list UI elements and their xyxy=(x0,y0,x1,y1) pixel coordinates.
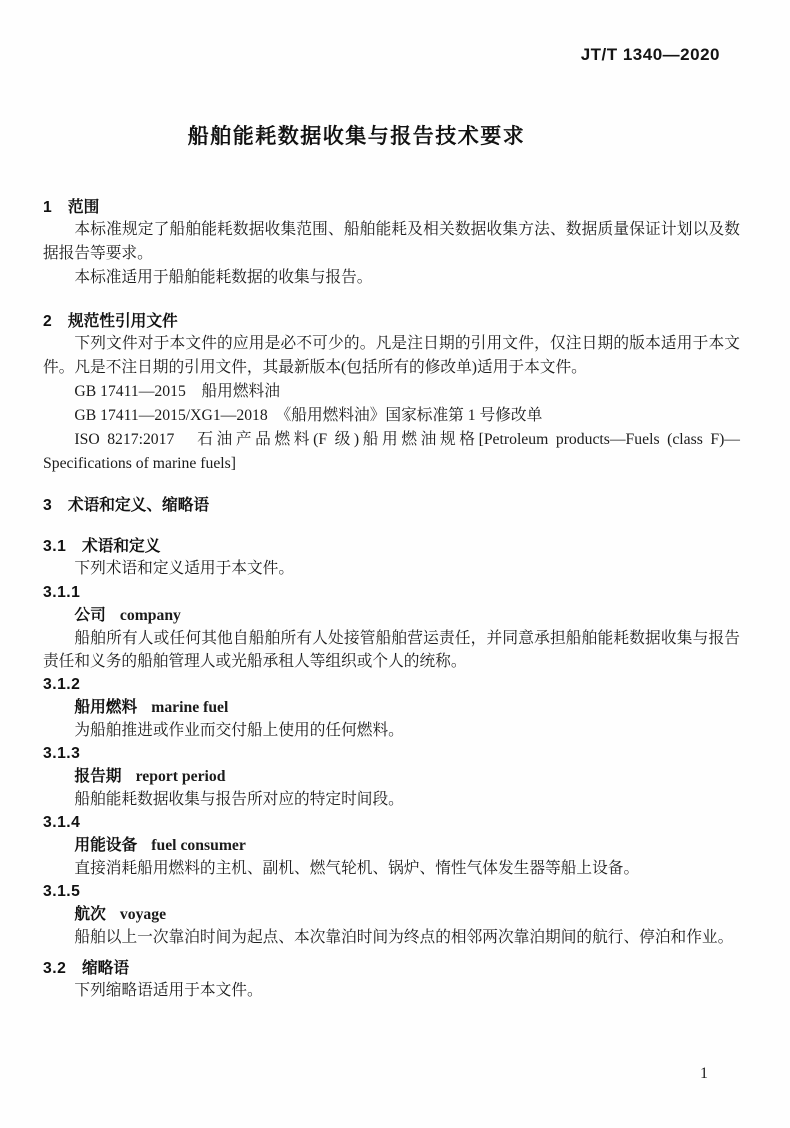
term-definition: 为船舶推进或作业而交付船上使用的任何燃料。 xyxy=(43,719,740,742)
section-3-heading: 3术语和定义、缩略语 xyxy=(43,496,740,516)
term-name-en: voyage xyxy=(120,906,166,923)
term-name-en: company xyxy=(120,607,181,624)
term-definition: 船舶所有人或任何其他自船舶所有人处接管船舶营运责任，并同意承担船舶能耗数据收集与… xyxy=(43,627,740,673)
term-name-cn: 报告期 xyxy=(74,768,121,785)
term-name-cn: 公司 xyxy=(74,607,105,624)
term-name-cn: 船用燃料 xyxy=(74,699,137,716)
section-2-number: 2 xyxy=(43,313,52,330)
term-3-1-1: 3.1.1 公司company 船舶所有人或任何其他自船舶所有人处接管船舶营运责… xyxy=(43,581,740,673)
section-3-title: 术语和定义、缩略语 xyxy=(68,497,209,514)
section-1-number: 1 xyxy=(43,199,52,216)
term-definition: 船舶能耗数据收集与报告所对应的特定时间段。 xyxy=(43,788,740,811)
term-definition: 船舶以上一次靠泊时间为起点、本次靠泊时间为终点的相邻两次靠泊期间的航行、停泊和作… xyxy=(43,926,740,949)
section-3-2-heading: 3.2缩略语 xyxy=(43,959,740,979)
section-1-heading: 1范围 xyxy=(43,198,740,218)
term-number: 3.1.1 xyxy=(43,581,740,604)
standard-document-page: JT/T 1340—2020 船舶能耗数据收集与报告技术要求 1范围 本标准规定… xyxy=(0,0,790,1128)
term-name-cn: 航次 xyxy=(74,906,105,923)
section-3-2-number: 3.2 xyxy=(43,960,66,977)
section-1-paragraph-2: 本标准适用于船舶能耗数据的收集与报告。 xyxy=(43,266,740,290)
term-name-en: marine fuel xyxy=(151,699,228,716)
term-name: 航次voyage xyxy=(43,903,740,926)
term-name: 用能设备fuel consumer xyxy=(43,834,740,857)
term-number: 3.1.4 xyxy=(43,811,740,834)
term-3-1-4: 3.1.4 用能设备fuel consumer 直接消耗船用燃料的主机、副机、燃… xyxy=(43,811,740,880)
document-title: 船舶能耗数据收集与报告技术要求 xyxy=(8,121,705,153)
section-3-1-intro: 下列术语和定义适用于本文件。 xyxy=(43,557,740,581)
term-name: 船用燃料marine fuel xyxy=(43,696,740,719)
term-3-1-3: 3.1.3 报告期report period 船舶能耗数据收集与报告所对应的特定… xyxy=(43,742,740,811)
section-3-1-title: 术语和定义 xyxy=(82,538,160,555)
section-1-paragraph-1: 本标准规定了船舶能耗数据收集范围、船舶能耗及相关数据收集方法、数据质量保证计划以… xyxy=(43,218,740,266)
section-3-2-title: 缩略语 xyxy=(82,960,129,977)
section-3-1-number: 3.1 xyxy=(43,538,66,555)
term-number: 3.1.3 xyxy=(43,742,740,765)
section-2-title: 规范性引用文件 xyxy=(68,313,178,330)
section-3-number: 3 xyxy=(43,497,52,514)
term-name: 公司company xyxy=(43,604,740,627)
reference-item-1: GB 17411—2015 船用燃料油 xyxy=(43,380,740,404)
reference-item-3: ISO 8217:2017 石油产品燃料(F 级)船用燃油规格[Petroleu… xyxy=(43,428,740,476)
terms-list: 3.1.1 公司company 船舶所有人或任何其他自船舶所有人处接管船舶营运责… xyxy=(43,581,740,949)
term-definition: 直接消耗船用燃料的主机、副机、燃气轮机、锅炉、惰性气体发生器等船上设备。 xyxy=(43,857,740,880)
term-number: 3.1.5 xyxy=(43,880,740,903)
term-name: 报告期report period xyxy=(43,765,740,788)
term-3-1-5: 3.1.5 航次voyage 船舶以上一次靠泊时间为起点、本次靠泊时间为终点的相… xyxy=(43,880,740,949)
section-2-heading: 2规范性引用文件 xyxy=(43,312,740,332)
section-3-2-intro: 下列缩略语适用于本文件。 xyxy=(43,979,740,1003)
term-3-1-2: 3.1.2 船用燃料marine fuel 为船舶推进或作业而交付船上使用的任何… xyxy=(43,673,740,742)
term-number: 3.1.2 xyxy=(43,673,740,696)
section-2-paragraph-1: 下列文件对于本文件的应用是必不可少的。凡是注日期的引用文件，仅注日期的版本适用于… xyxy=(43,332,740,380)
term-name-cn: 用能设备 xyxy=(74,837,137,854)
section-3-1-heading: 3.1术语和定义 xyxy=(43,537,740,557)
section-1-title: 范围 xyxy=(68,199,99,216)
term-name-en: report period xyxy=(136,768,226,785)
reference-item-2: GB 17411—2015/XG1—2018 《船用燃料油》国家标准第 1 号修… xyxy=(43,404,740,428)
term-name-en: fuel consumer xyxy=(151,837,246,854)
page-number: 1 xyxy=(700,1064,708,1084)
doc-code: JT/T 1340—2020 xyxy=(43,45,740,65)
